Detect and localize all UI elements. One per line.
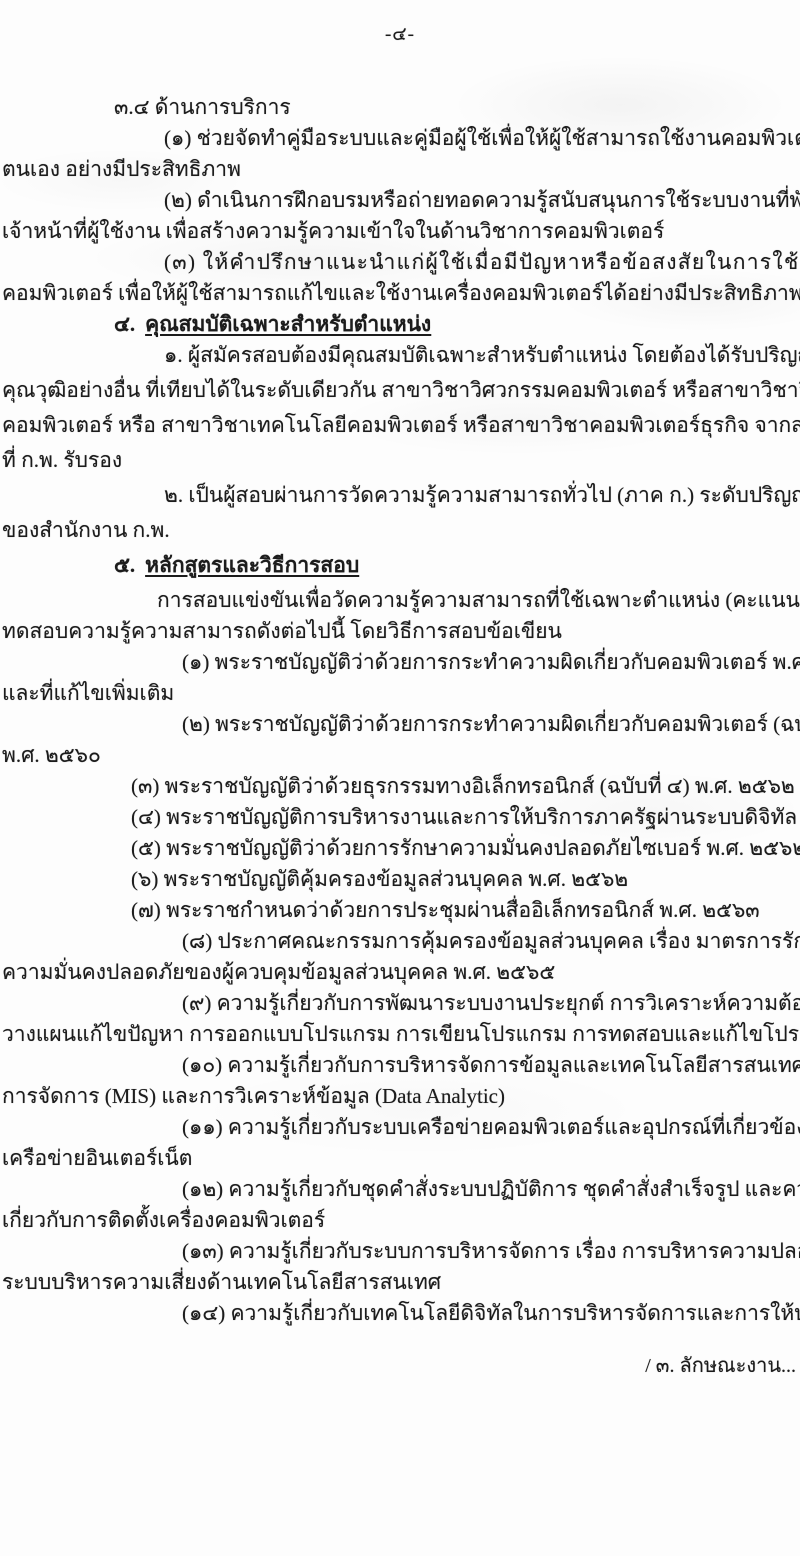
exam-topic-10: (๑๐) ความรู้เกี่ยวกับการบริหารจัดการข้อม… [0, 1050, 800, 1081]
duty-2-cont: เจ้าหน้าที่ผู้ใช้งาน เพื่อสร้างความรู้คว… [0, 216, 800, 247]
exam-topic-8-cont: ความมั่นคงปลอดภัยของผู้ควบคุมข้อมูลส่วนบ… [0, 957, 800, 988]
exam-topic-11-cont: เครือข่ายอินเตอร์เน็ต [0, 1143, 800, 1174]
scanned-document-page: -๔- ๓.๔ ด้านการบริการ(๑) ช่วยจัดทำคู่มือ… [0, 0, 800, 1556]
exam-topic-9: (๙) ความรู้เกี่ยวกับการพัฒนาระบบงานประยุ… [0, 988, 800, 1019]
exam-topic-14: (๑๔) ความรู้เกี่ยวกับเทคโนโลยีดิจิทัลในก… [0, 1298, 800, 1329]
exam-topic-12: (๑๒) ความรู้เกี่ยวกับชุดคำสั่งระบบปฏิบัต… [0, 1174, 800, 1205]
exam-topic-13-cont: ระบบบริหารความเสี่ยงด้านเทคโนโลยีสารสนเท… [0, 1267, 800, 1298]
exam-topic-7: (๗) พระราชกำหนดว่าด้วยการประชุมผ่านสื่ออ… [0, 895, 800, 926]
exam-topic-10-cont: การจัดการ (MIS) และการวิเคราะห์ข้อมูล (D… [0, 1081, 800, 1112]
exam-topic-8: (๘) ประกาศคณะกรรมการคุ้มครองข้อมูลส่วนบุ… [0, 926, 800, 957]
duty-1-cont: ตนเอง อย่างมีประสิทธิภาพ [0, 154, 800, 185]
exam-topic-3: (๓) พระราชบัญญัติว่าด้วยธุรกรรมทางอิเล็ก… [0, 771, 800, 802]
exam-topic-2-cont: พ.ศ. ๒๕๖๐ [0, 740, 800, 771]
exam-topic-1: (๑) พระราชบัญญัติว่าด้วยการกระทำความผิดเ… [0, 647, 800, 678]
qual-1-cont-2: คอมพิวเตอร์ หรือ สาขาวิชาเทคโนโลยีคอมพิว… [0, 410, 800, 441]
section-4-heading: ๔.คุณสมบัติเฉพาะสำหรับตำแหน่ง [0, 309, 800, 340]
exam-topic-2: (๒) พระราชบัญญัติว่าด้วยการกระทำความผิดเ… [0, 709, 800, 740]
section-3-4-heading: ๓.๔ ด้านการบริการ [0, 92, 800, 123]
document-body: ๓.๔ ด้านการบริการ(๑) ช่วยจัดทำคู่มือระบบ… [0, 92, 800, 1329]
duty-3-cont: คอมพิวเตอร์ เพื่อให้ผู้ใช้สามารถแก้ไขและ… [0, 278, 800, 309]
section-5-heading: ๕.หลักสูตรและวิธีการสอบ [0, 550, 800, 581]
qual-1: ๑. ผู้สมัครสอบต้องมีคุณสมบัติเฉพาะสำหรับ… [0, 340, 800, 371]
section-4-heading-number: ๔. [114, 312, 135, 336]
exam-topic-5: (๕) พระราชบัญญัติว่าด้วยการรักษาความมั่น… [0, 833, 800, 864]
exam-topic-1-cont: และที่แก้ไขเพิ่มเติม [0, 678, 800, 709]
qual-2-cont: ของสำนักงาน ก.พ. [0, 515, 800, 546]
exam-intro-1: การสอบแข่งขันเพื่อวัดความรู้ความสามารถที… [0, 585, 800, 616]
continuation-note: / ๓. ลักษณะงาน... [0, 1351, 800, 1382]
qual-2: ๒. เป็นผู้สอบผ่านการวัดความรู้ความสามารถ… [0, 480, 800, 511]
duty-2: (๒) ดำเนินการฝึกอบรมหรือถ่ายทอดความรู้สน… [0, 185, 800, 216]
section-5-heading-title: หลักสูตรและวิธีการสอบ [145, 553, 359, 577]
exam-intro-2: ทดสอบความรู้ความสามารถดังต่อไปนี้ โดยวิธ… [0, 616, 800, 647]
section-4-heading-title: คุณสมบัติเฉพาะสำหรับตำแหน่ง [145, 312, 431, 336]
section-5-heading-number: ๕. [114, 553, 135, 577]
exam-topic-11: (๑๑) ความรู้เกี่ยวกับระบบเครือข่ายคอมพิว… [0, 1112, 800, 1143]
qual-1-cont-3: ที่ ก.พ. รับรอง [0, 445, 800, 476]
page-number: -๔- [0, 22, 800, 48]
exam-topic-12-cont: เกี่ยวกับการติดตั้งเครื่องคอมพิวเตอร์ [0, 1205, 800, 1236]
duty-3: (๓) ให้คำปรึกษาแนะนำแก่ผู้ใช้เมื่อมีปัญห… [0, 247, 800, 278]
exam-topic-6: (๖) พระราชบัญญัติคุ้มครองข้อมูลส่วนบุคคล… [0, 864, 800, 895]
exam-topic-9-cont: วางแผนแก้ไขปัญหา การออกแบบโปรแกรม การเขี… [0, 1019, 800, 1050]
exam-topic-4: (๔) พระราชบัญญัติการบริหารงานและการให้บร… [0, 802, 800, 833]
duty-1: (๑) ช่วยจัดทำคู่มือระบบและคู่มือผู้ใช้เพ… [0, 123, 800, 154]
qual-1-cont-1: คุณวุฒิอย่างอื่น ที่เทียบได้ในระดับเดียว… [0, 375, 800, 406]
exam-topic-13: (๑๓) ความรู้เกี่ยวกับระบบการบริหารจัดการ… [0, 1236, 800, 1267]
